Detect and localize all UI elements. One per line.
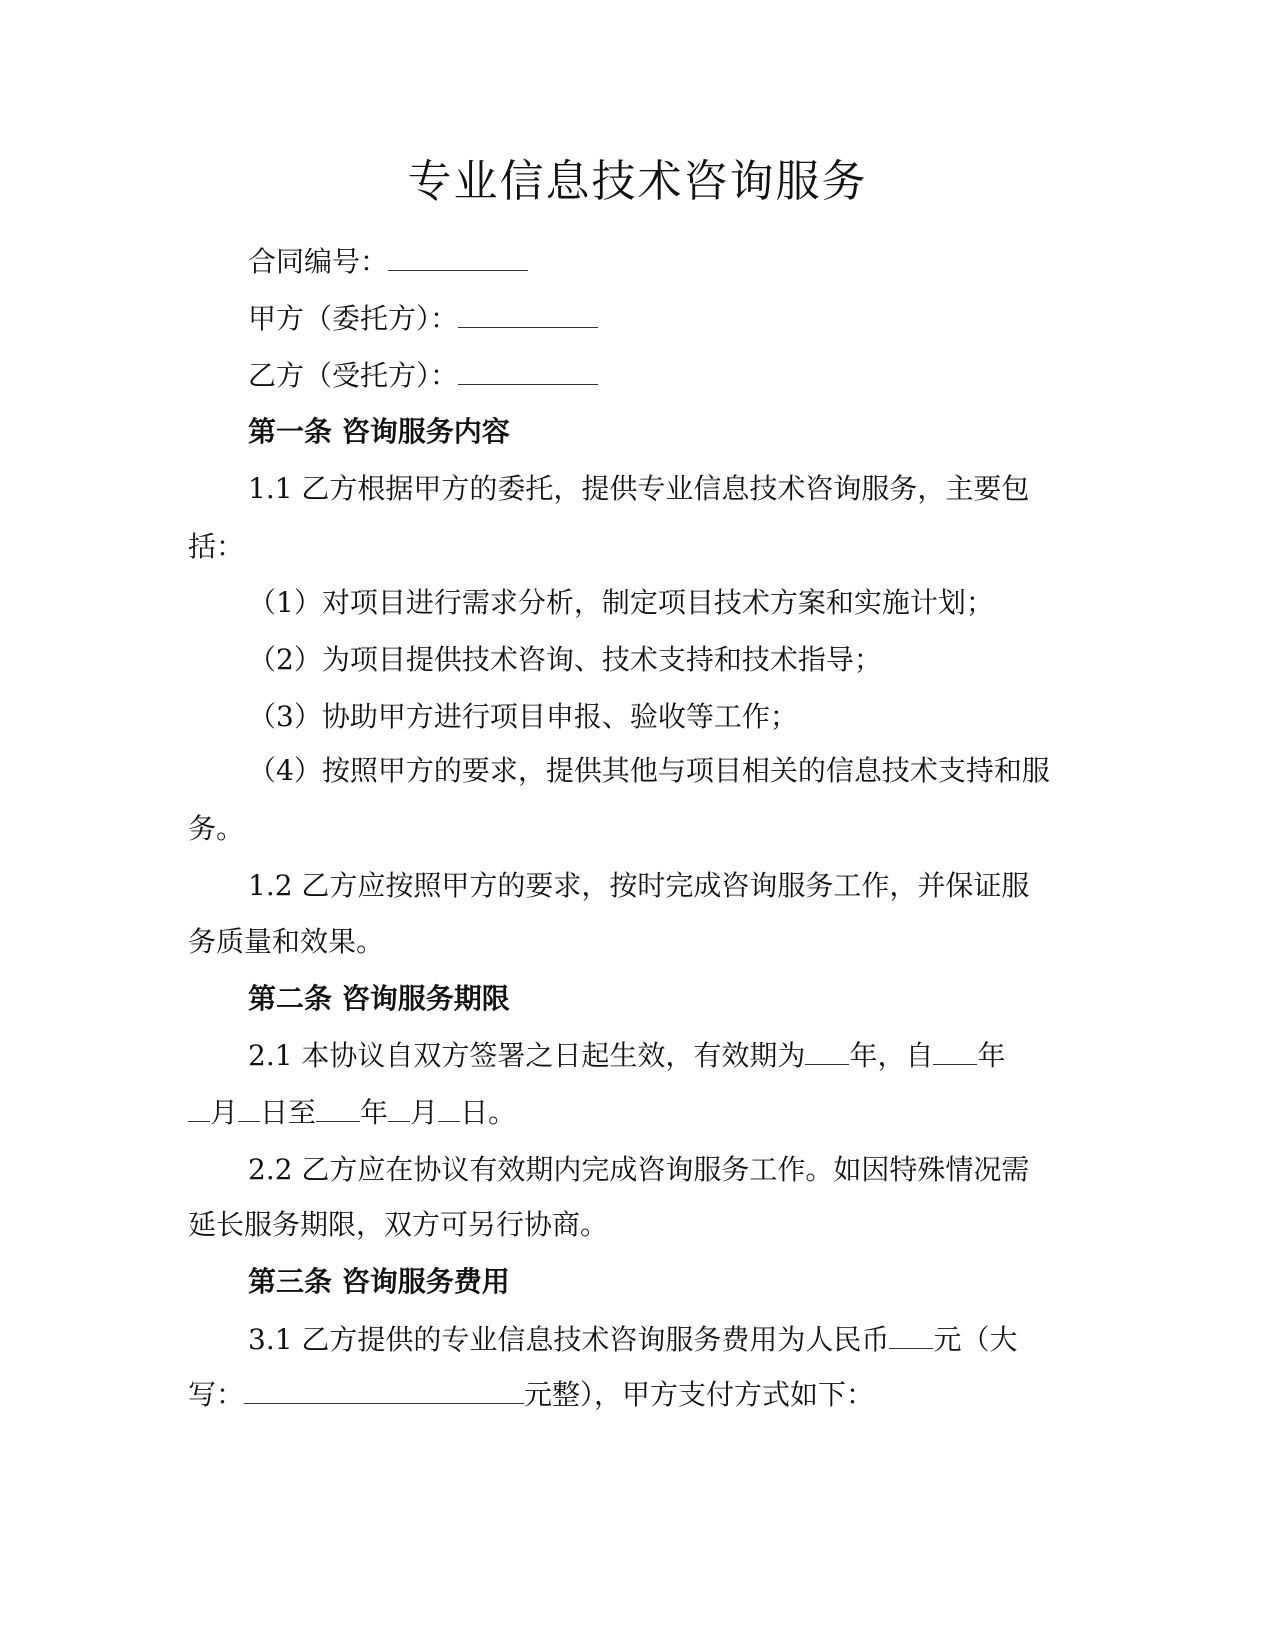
start-month-blank[interactable] [188,1095,210,1122]
capital-label: 写： [188,1378,244,1411]
section-2-heading: 第二条 咨询服务期限 [248,979,510,1019]
document-title: 专业信息技术咨询服务 [0,150,1275,214]
end-month-blank[interactable] [388,1095,410,1122]
clause-1-1-cont: 括： [188,527,244,567]
section-3-heading: 第三条 咨询服务费用 [248,1262,510,1302]
party-a-blank[interactable] [458,301,598,328]
clause-2-2-cont: 延长服务期限，双方可另行协商。 [188,1205,608,1245]
clause-1-1: 1.1 乙方根据甲方的委托，提供专业信息技术咨询服务，主要包 [248,469,1029,509]
clause-2-1-year-text: 年，自 [849,1039,933,1072]
clause-3-1-cont: 写：元整），甲方支付方式如下： [188,1375,874,1415]
day-to-label: 日至 [260,1096,316,1129]
end-day-blank[interactable] [438,1095,460,1122]
clause-2-1-year2-text: 年 [977,1039,1005,1072]
contract-number-blank[interactable] [388,244,528,271]
clause-2-1-cont: 月日至年月日。 [188,1093,516,1133]
year-label: 年 [360,1096,388,1129]
party-b-field: 乙方（受托方）： [248,356,598,396]
section-1-heading: 第一条 咨询服务内容 [248,412,510,452]
list-item-1: （1）对项目进行需求分析，制定项目技术方案和实施计划； [248,583,994,623]
clause-1-2: 1.2 乙方应按照甲方的要求，按时完成咨询服务工作，并保证服 [248,866,1029,906]
list-item-4-cont: 务。 [188,809,244,849]
contract-number-label: 合同编号： [248,245,388,278]
clause-2-1-text: 2.1 本协议自双方签署之日起生效，有效期为 [248,1039,805,1072]
term-years-blank[interactable] [805,1038,849,1065]
contract-number-field: 合同编号： [248,242,528,282]
start-day-blank[interactable] [238,1095,260,1122]
fee-amount-blank[interactable] [889,1322,933,1349]
party-a-label: 甲方（委托方）： [248,302,458,335]
list-item-3: （3）协助甲方进行项目申报、验收等工作； [248,697,798,737]
clause-3-1-text: 3.1 乙方提供的专业信息技术咨询服务费用为人民币 [248,1323,889,1356]
month-label-2: 月 [410,1096,438,1129]
clause-3-1-cont-tail: 元整），甲方支付方式如下： [524,1378,874,1411]
clause-2-1: 2.1 本协议自双方签署之日起生效，有效期为年，自年 [248,1036,1005,1076]
clause-3-1-tail: 元（大 [933,1323,1017,1356]
start-year-blank[interactable] [933,1038,977,1065]
clause-3-1: 3.1 乙方提供的专业信息技术咨询服务费用为人民币元（大 [248,1320,1017,1360]
month-label: 月 [210,1096,238,1129]
clause-2-2: 2.2 乙方应在协议有效期内完成咨询服务工作。如因特殊情况需 [248,1150,1029,1190]
party-a-field: 甲方（委托方）： [248,299,598,339]
party-b-blank[interactable] [458,358,598,385]
party-b-label: 乙方（受托方）： [248,359,458,392]
end-year-blank[interactable] [316,1095,360,1122]
day-label-2: 日。 [460,1096,516,1129]
list-item-2: （2）为项目提供技术咨询、技术支持和技术指导； [248,640,882,680]
clause-1-2-cont: 务质量和效果。 [188,922,384,962]
fee-capital-blank[interactable] [244,1377,524,1404]
list-item-4: （4）按照甲方的要求，提供其他与项目相关的信息技术支持和服 [248,751,1050,791]
